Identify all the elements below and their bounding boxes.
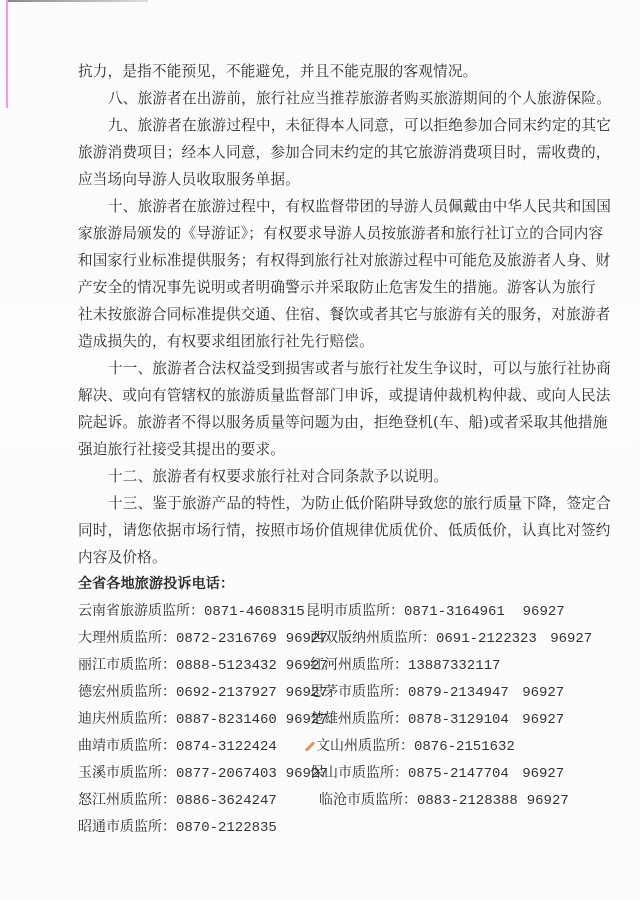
office-phone: 0877-2067403 (176, 766, 277, 782)
office-entry: 临沧市质监所：0883-2128388 96927 (319, 787, 569, 815)
office-phone: 0886-3624247 (176, 793, 277, 809)
office-phone: 0871-3164961 (404, 604, 505, 620)
complaint-row: 德宏州质监所：0692-2137927 96927 思茅市质监所：0879-21… (78, 679, 578, 706)
paragraph-line: 十一、旅游者合法权益受到损害或者与旅行社发生争议时，可以与旅行社协商 (78, 355, 578, 382)
office-hotline: 96927 (522, 685, 564, 701)
office-hotline: 96927 (527, 793, 569, 809)
office-phone: 0874-3122424 (176, 739, 277, 755)
complaint-row: 云南省旅游质监所：0871-4608315 昆明市质监所：0871-316496… (78, 598, 578, 625)
paragraph-line: 造成损失的，有权要求组团旅行社先行赔偿。 (78, 328, 578, 355)
office-name: 文山州质监所： (316, 738, 414, 754)
office-hotline: 96927 (523, 604, 565, 620)
paragraph-line: 解决、或向有管辖权的旅游质量监督部门申诉，或提请仲裁机构仲裁、或向人民法 (78, 382, 578, 409)
office-name: 红河州质监所： (310, 657, 408, 673)
office-name: 西双版纳州质监所： (310, 630, 436, 646)
complaint-row: 怒江州质监所：0886-3624247 临沧市质监所：0883-2128388 … (78, 787, 578, 814)
paragraph-line: 十、旅游者在旅游过程中，有权监督带团的导游人员佩戴由中华人民共和国国 (78, 193, 578, 220)
paragraph-line: 八、旅游者在出游前，旅行社应当推荐旅游者购买旅游期间的个人旅游保险。 (78, 85, 578, 112)
office-name: 昆明市质监所： (306, 603, 404, 619)
office-entry: 红河州质监所：13887332117 (310, 652, 500, 680)
complaint-row: 玉溪市质监所：0877-2067403 96927 保山市质监所：0875-21… (78, 760, 578, 787)
paragraph-line: 家旅游局颁发的《导游证》；有权要求导游人员按旅游者和旅行社订立的合同内容 (78, 220, 578, 247)
office-entry: 文山州质监所：0876-2151632 (316, 733, 515, 761)
office-entry: 保山市质监所：0875-2147704 96927 (310, 760, 564, 788)
office-name: 楚雄州质监所： (310, 711, 408, 727)
office-name: 临沧市质监所： (319, 792, 417, 808)
complaint-row: 丽江市质监所：0888-5123432 96927 红河州质监所：1388733… (78, 652, 578, 679)
office-entry: 德宏州质监所：0692-2137927 96927 (78, 679, 328, 707)
office-name: 保山市质监所： (310, 765, 408, 781)
office-name: 德宏州质监所： (78, 684, 176, 700)
scanned-page: 抗力，是指不能预见，不能避免，并且不能克服的客观情况。 八、旅游者在出游前，旅行… (0, 0, 640, 900)
office-phone: 0871-4608315 (204, 604, 305, 620)
office-entry: 西双版纳州质监所：0691-2122323 96927 (310, 625, 592, 653)
paragraph-line: 产安全的情况事先说明或者明确警示并采取防止危害发生的措施。游客认为旅行 (78, 274, 578, 301)
office-entry: 玉溪市质监所：0877-2067403 96927 (78, 760, 328, 788)
office-name: 玉溪市质监所： (78, 765, 176, 781)
office-name: 云南省旅游质监所： (78, 603, 204, 619)
complaint-row: 大理州质监所：0872-2316769 96927 西双版纳州质监所：0691-… (78, 625, 578, 652)
office-entry: 云南省旅游质监所：0871-4608315 (78, 598, 305, 626)
paragraph-line: 应当场向导游人员收取服务单据。 (78, 166, 578, 193)
office-phone: 0888-5123432 (176, 658, 277, 674)
document-body: 抗力，是指不能预见，不能避免，并且不能克服的客观情况。 八、旅游者在出游前，旅行… (78, 58, 578, 841)
office-name: 曲靖市质监所： (78, 738, 176, 754)
office-phone: 0870-2122835 (176, 820, 277, 836)
office-entry: 昭通市质监所：0870-2122835 (78, 814, 277, 842)
office-phone: 0887-8231460 (176, 712, 277, 728)
office-entry: 曲靖市质监所：0874-3122424 (78, 733, 277, 761)
office-hotline: 96927 (522, 712, 564, 728)
office-entry: 丽江市质监所：0888-5123432 96927 (78, 652, 328, 680)
office-entry: 思茅市质监所：0879-2134947 96927 (310, 679, 564, 707)
complaint-row: 昭通市质监所：0870-2122835 (78, 814, 578, 841)
office-entry: 昆明市质监所：0871-3164961 96927 (306, 598, 565, 626)
office-phone: 0878-3129104 (408, 712, 509, 728)
office-entry: 楚雄州质监所：0878-3129104 96927 (310, 706, 564, 734)
office-hotline: 96927 (550, 631, 592, 647)
office-hotline: 96927 (522, 766, 564, 782)
complaint-row: 迪庆州质监所：0887-8231460 96927 楚雄州质监所：0878-31… (78, 706, 578, 733)
paragraph-line: 旅游消费项目；经本人同意，参加合同末约定的其它旅游消费项目时，需收费的， (78, 139, 578, 166)
paragraph-line: 社未按旅游合同标准提供交通、住宿、餐饮或者其它与旅游有关的服务，对旅游者 (78, 301, 578, 328)
office-phone: 0876-2151632 (414, 739, 515, 755)
paragraph-line: 十二、旅游者有权要求旅行社对合同条款予以说明。 (78, 463, 578, 490)
office-phone: 0879-2134947 (408, 685, 509, 701)
paragraph-line: 十三、鉴于旅游产品的特性，为防止低价陷阱导致您的旅行质量下降，签定合 (78, 490, 578, 517)
paragraph-line: 九、旅游者在旅游过程中，未征得本人同意，可以拒绝参加合同末约定的其它 (78, 112, 578, 139)
office-phone: 0692-2137927 (176, 685, 277, 701)
office-name: 大理州质监所： (78, 630, 176, 646)
office-phone: 0883-2128388 (417, 793, 518, 809)
paragraph-line: 院起诉。旅游者不得以服务质量等问题为由，拒绝登机(车、船)或者采取其他措施 (78, 409, 578, 436)
office-name: 迪庆州质监所： (78, 711, 176, 727)
office-name: 昭通市质监所： (78, 819, 176, 835)
office-entry: 怒江州质监所：0886-3624247 (78, 787, 277, 815)
office-entry: 迪庆州质监所：0887-8231460 96927 (78, 706, 328, 734)
office-phone: 13887332117 (408, 658, 500, 674)
office-phone: 0875-2147704 (408, 766, 509, 782)
office-name: 思茅市质监所： (310, 684, 408, 700)
paragraph-line: 同时，请您依据市场行情，按照市场价值规律优质优价、低质低价，认真比对签约 (78, 517, 578, 544)
office-phone: 0872-2316769 (176, 631, 277, 647)
scan-shadow (8, 0, 148, 2)
complaint-row: 曲靖市质监所：0874-3122424 文山州质监所：0876-2151632 (78, 733, 578, 760)
paragraph-line: 内容及价格。 (78, 544, 578, 571)
office-name: 怒江州质监所： (78, 792, 176, 808)
edge-line (6, 0, 8, 108)
office-name: 丽江市质监所： (78, 657, 176, 673)
office-phone: 0691-2122323 (436, 631, 537, 647)
complaint-heading: 全省各地旅游投诉电话： (78, 571, 578, 598)
paragraph-line: 抗力，是指不能预见，不能避免，并且不能克服的客观情况。 (78, 58, 578, 85)
paragraph-line: 强迫旅行社接受其提出的要求。 (78, 436, 578, 463)
paragraph-line: 和国家行业标准提供服务；有权得到旅行社对旅游过程中可能危及旅游者人身、财 (78, 247, 578, 274)
office-entry: 大理州质监所：0872-2316769 96927 (78, 625, 328, 653)
